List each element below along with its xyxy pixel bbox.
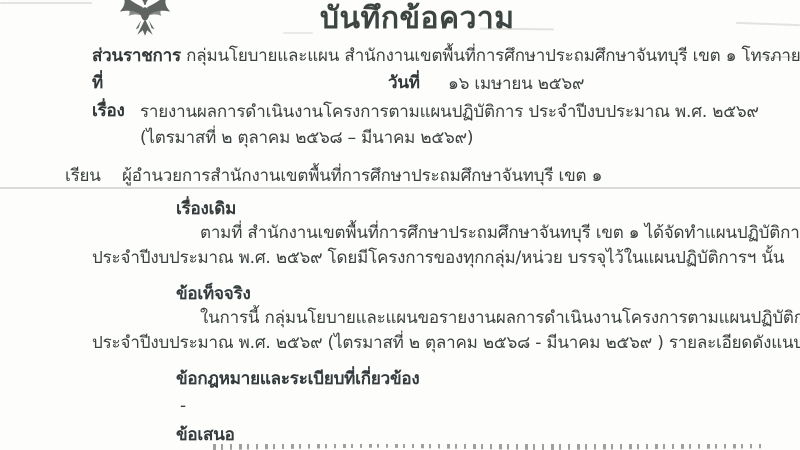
agency-value: กลุ่มนโยบายและแผน สำนักงานเขตพื้นที่การศ… bbox=[186, 46, 800, 66]
section2-line1: ในการนี้ กลุ่มนโยบายและแผนขอรายงานผลการด… bbox=[200, 307, 800, 329]
section1-line2: ประจำปีงบประมาณ พ.ศ. ๒๕๖๙ โดยมีโครงการขอ… bbox=[92, 247, 784, 269]
header-divider bbox=[0, 187, 800, 189]
subject-label: เรื่อง bbox=[92, 100, 125, 122]
subject-line1: รายงานผลการดำเนินงานโครงการตามแผนปฏิบัติ… bbox=[140, 101, 759, 123]
cutoff-text-fragments bbox=[213, 444, 761, 450]
subject-line2: (ไตรมาสที่ ๒ ตุลาคม ๒๕๖๘ – มีนาคม ๒๕๖๙) bbox=[140, 127, 473, 149]
to-label: เรียน bbox=[65, 165, 101, 187]
date-value: ๑๖ เมษายน ๒๕๖๙ bbox=[448, 73, 584, 95]
document-title: บันทึกข้อความ bbox=[320, 0, 515, 42]
agency-row: ส่วนราชการ กลุ่มนโยบายและแผน สำนักงานเขต… bbox=[92, 45, 800, 67]
agency-label: ส่วนราชการ bbox=[92, 46, 181, 66]
section1-line1: ตามที่ สำนักงานเขตพื้นที่การศึกษาประถมศึ… bbox=[200, 222, 800, 244]
section3-heading: ข้อกฎหมายและระเบียบที่เกี่ยวข้อง bbox=[176, 368, 420, 390]
section2-heading: ข้อเท็จจริง bbox=[176, 283, 251, 305]
memo-page: บันทึกข้อความ ส่วนราชการ กลุ่มนโยบายและแ… bbox=[0, 0, 800, 450]
garuda-emblem-icon bbox=[112, 0, 178, 45]
section1-heading: เรื่องเดิม bbox=[176, 198, 236, 220]
scan-streak bbox=[283, 32, 313, 34]
scan-streak bbox=[0, 2, 92, 4]
scan-streak bbox=[736, 22, 800, 26]
to-value: ผู้อำนวยการสำนักงานเขตพื้นที่การศึกษาประ… bbox=[122, 165, 602, 187]
section3-dash: - bbox=[180, 395, 186, 417]
number-label: ที่ bbox=[92, 72, 103, 94]
section4-heading: ข้อเสนอ bbox=[176, 424, 235, 446]
section2-line2: ประจำปีงบประมาณ พ.ศ. ๒๕๖๙ (ไตรมาสที่ ๒ ต… bbox=[92, 332, 800, 354]
date-label: วันที่ bbox=[388, 72, 420, 94]
